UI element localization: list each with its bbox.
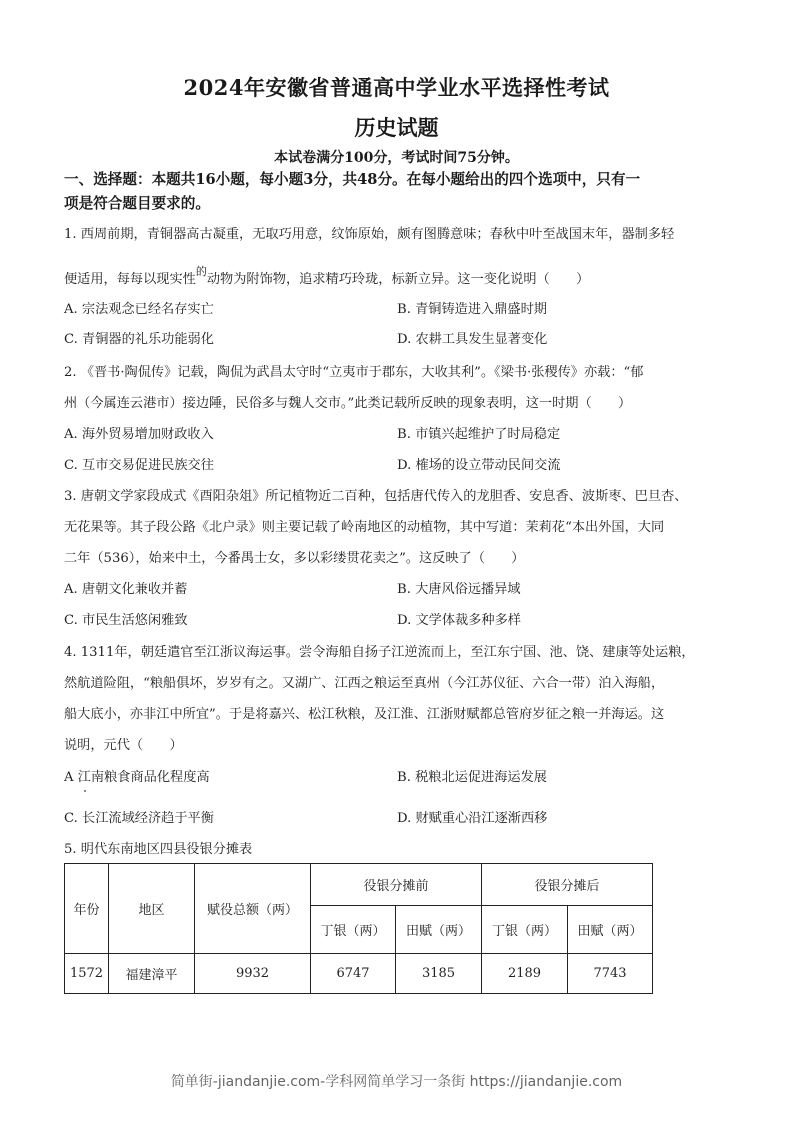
- q1-option-a: A. 宗法观念已经名存实亡: [64, 298, 214, 317]
- q4-option-c: C. 长江流域经济趋于平衡: [64, 807, 214, 826]
- q5-stem-line1: 5. 明代东南地区四县役银分摊表: [64, 838, 734, 857]
- section-heading-line2: 项是符合题目要求的。: [64, 192, 734, 216]
- footer-watermark: 简单街-jiandanjie.com-学科网简单学习一条街 https://ji…: [0, 1071, 793, 1091]
- q4-stem-line2: 然航道险阻，“粮船俱坏，岁岁有之。又湖广、江西之粮运至真州（今江苏仪征、六合一带…: [64, 672, 734, 691]
- section-heading-line1: 一、选择题：本题共16小题，每小题3分，共48分。在每小题给出的四个选项中，只有…: [64, 168, 734, 192]
- subheader-ding-before: 丁银（两）: [311, 906, 396, 954]
- q4-stem-line3: 船大底小，亦非江中所宜”。于是将嘉兴、松江秋粮，及江淮、江浙财赋都总管府岁征之粮…: [64, 703, 734, 722]
- q1-option-d: D. 农耕工具发生显著变化: [397, 328, 547, 347]
- q3-option-d: D. 文学体裁多种多样: [397, 609, 521, 628]
- q1-stem-line1: 1. 西周前期，青铜器高古凝重，无取巧用意，纹饰原始，颇有图腾意味；春秋中叶至战…: [64, 223, 734, 242]
- q3-stem-line2: 无花果等。其子段公路《北户录》则主要记载了岭南地区的动植物，其中写道：茉莉花“本…: [64, 516, 734, 535]
- cell-year: 1572: [65, 954, 109, 994]
- q1-stem-superscript: 的: [196, 265, 207, 278]
- q2-option-c: C. 互市交易促进民族交往: [64, 454, 214, 473]
- q4-option-a: A 江南粮食商品化程度高: [64, 766, 210, 785]
- q1-stem-line2: 便适用，每每以现实性的动物为附饰物，追求精巧玲珑，标新立异。这一变化说明（ ）: [64, 268, 734, 287]
- exam-note: 本试卷满分100分，考试时间75分钟。: [0, 147, 793, 167]
- q3-stem-line1: 3. 唐朝文学家段成式《酉阳杂俎》所记植物近二百种，包括唐代传入的龙胆香、安息香…: [64, 485, 734, 504]
- q3-option-b: B. 大唐风俗远播异域: [397, 578, 521, 597]
- q4-stem-line4: 说明，元代（ ）: [64, 734, 734, 753]
- q1-option-c: C. 青铜器的礼乐功能弱化: [64, 328, 214, 347]
- q3-option-c: C. 市民生活悠闲雅致: [64, 609, 188, 628]
- q3-stem-line3: 二年（536），始来中土，今番禺士女，多以彩缕贯花卖之”。这反映了（ ）: [64, 547, 734, 566]
- q2-option-d: D. 榷场的设立带动民间交流: [397, 454, 561, 473]
- q2-option-b: B. 市镇兴起维护了时局稳定: [397, 423, 560, 442]
- q1-stem-line2a: 便适用，每每以现实性: [64, 272, 196, 287]
- q2-stem-line2: 州（今属连云港市）接边陲，民俗多与魏人交市。”此类记载所反映的现象表明，这一时期…: [64, 392, 734, 411]
- header-before: 役银分摊前: [311, 864, 482, 906]
- cell-tian-before: 3185: [396, 954, 482, 994]
- exam-subject: 历史试题: [0, 112, 793, 142]
- header-region: 地区: [109, 864, 195, 954]
- exam-page: 2024年安徽省普通高中学业水平选择性考试 历史试题 本试卷满分100分，考试时…: [0, 0, 793, 1122]
- cell-ding-before: 6747: [311, 954, 396, 994]
- q2-option-a: A. 海外贸易增加财政收入: [64, 423, 214, 442]
- q2-stem-line1: 2. 《晋书·陶侃传》记载，陶侃为武昌太守时“立夷市于郡东，大收其利”。《梁书·…: [64, 361, 734, 380]
- subheader-tian-before: 田赋（两）: [396, 906, 482, 954]
- header-year: 年份: [65, 864, 109, 954]
- cell-region: 福建漳平: [109, 954, 195, 994]
- q1-stem-line2b: 动物为附饰物，追求精巧玲珑，标新立异。这一变化说明（ ）: [207, 272, 589, 287]
- q1-option-b: B. 青铜铸造进入鼎盛时期: [397, 298, 547, 317]
- stray-dot: [84, 790, 86, 792]
- exam-title: 2024年安徽省普通高中学业水平选择性考试: [0, 72, 793, 102]
- header-total: 赋役总额（两）: [195, 864, 311, 954]
- corvee-silver-table: 年份 地区 赋役总额（两） 役银分摊前 役银分摊后 丁银（两） 田赋（两） 丁银…: [64, 863, 653, 994]
- cell-tian-after: 7743: [568, 954, 653, 994]
- section-heading: 一、选择题：本题共16小题，每小题3分，共48分。在每小题给出的四个选项中，只有…: [64, 168, 734, 216]
- header-after: 役银分摊后: [482, 864, 653, 906]
- q4-stem-line1: 4. 1311年，朝廷遣官至江浙议海运事。尝令海船自扬子江逆流而上，至江东宁国、…: [64, 641, 734, 660]
- cell-total: 9932: [195, 954, 311, 994]
- table-row: 1572 福建漳平 9932 6747 3185 2189 7743: [65, 954, 653, 994]
- q4-option-b: B. 税粮北运促进海运发展: [397, 766, 547, 785]
- q4-option-d: D. 财赋重心沿江逐渐西移: [397, 807, 547, 826]
- cell-ding-after: 2189: [482, 954, 568, 994]
- q3-option-a: A. 唐朝文化兼收并蓄: [64, 578, 187, 597]
- subheader-ding-after: 丁银（两）: [482, 906, 568, 954]
- subheader-tian-after: 田赋（两）: [568, 906, 653, 954]
